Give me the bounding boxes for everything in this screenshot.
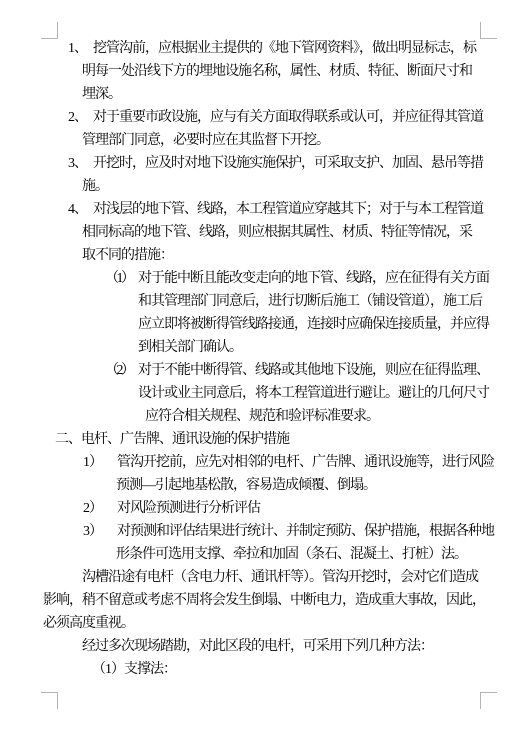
line-text: 对风险预测进行分析评估 [117,501,260,516]
doc-line-numbered: 1、挖管沟前，应根据业主提供的《地下管网资料》，做出明显标志，标 [0,37,525,60]
list-number: 2） [83,497,117,520]
line-text: 应立即将被断得管线路接通，连接时应确保连接质量，并应得 [138,317,489,332]
list-number: 2、 [68,106,93,129]
line-text: 对预测和评估结果进行统计、并制定预防、保护措施，根据各种地 [117,524,494,539]
line-text: 必须高度重视。 [43,616,134,631]
doc-line: 预测—引起地基松散，容易造成倾覆、倒塌。 [0,474,525,497]
crop-mark-bottom-right-icon [480,692,497,709]
doc-line: 明每一处沿线下方的埋地设施名称，属性、材质、特征、断面尺寸和 [0,60,525,83]
line-text: 对浅层的地下管、线路，本工程管道应穿越其下；对于与本工程管道 [93,202,483,217]
line-text: 取不同的措施： [82,248,173,263]
line-text: 应符合相关规程、规范和验评标准要求。 [145,409,379,424]
line-text: 预测—引起地基松散，容易造成倾覆、倒塌。 [116,478,376,493]
line-text: 到相关部门确认。 [138,340,242,355]
line-text: 相同标高的地下管、线路，则应根据其属性、材质、特征等情况，采 [82,225,472,240]
line-text: 对于不能中断得管、线路或其他地下设施，则应在征得监理、 [138,363,489,378]
line-text: 对于重要市政设施，应与有关方面取得联系或认可，并应征得其管道 [93,110,483,125]
doc-line: 取不同的措施： [0,244,525,267]
doc-line: 应立即将被断得管线路接通，连接时应确保连接质量，并应得 [0,313,525,336]
doc-line: 形条件可选用支撑、牵拉和加固（条石、混凝土、打桩）法。 [0,543,525,566]
line-text: 施。 [82,179,108,194]
doc-line: 到相关部门确认。 [0,336,525,359]
line-text: 经过多次现场踏勘，对此区段的电杆，可采用下列几种方法： [82,639,433,654]
line-text: 影响，稍不留意或考虑不周将会发生倒塌、中断电力，造成重大事故，因此， [43,593,485,608]
doc-line: 管理部门同意，必要时应在其监督下开挖。 [0,129,525,152]
list-number: 3、 [68,152,93,175]
doc-line-numbered: 2、对于重要市政设施，应与有关方面取得联系或认可，并应征得其管道 [0,106,525,129]
list-number: 4、 [68,198,93,221]
line-text: 形条件可选用支撑、牵拉和加固（条石、混凝土、打桩）法。 [116,547,467,562]
list-number: （1） [105,267,138,290]
line-text: 对于能中断且能改变走向的地下管、线路，应在征得有关方面 [138,271,489,286]
doc-line-numbered: 3）对预测和评估结果进行统计、并制定预防、保护措施，根据各种地 [0,520,525,543]
doc-line: 沟槽沿途有电杆（含电力杆、通讯杆等）。管沟开挖时，会对它们造成 [0,566,525,589]
doc-line: 二、电杆、广告牌、通讯设施的保护措施 [0,428,525,451]
line-text: 管沟开挖前，应先对相邻的电杆、广告牌、通讯设施等，进行风险 [117,455,494,470]
doc-line: 埋深。 [0,83,525,106]
line-text: 和其管理部门同意后，进行切断后施工（铺设管道），施工后 [138,294,482,309]
line-text: 二、电杆、广告牌、通讯设施的保护措施 [55,432,289,447]
doc-line-numbered: （1）对于能中断且能改变走向的地下管、线路，应在征得有关方面 [0,267,525,290]
line-text: 管理部门同意，必要时应在其监督下开挖。 [82,133,329,148]
line-text: 沟槽沿途有电杆（含电力杆、通讯杆等）。管沟开挖时，会对它们造成 [82,570,478,585]
list-number: 3） [83,520,117,543]
doc-line-numbered: （2）对于不能中断得管、线路或其他地下设施，则应在征得监理、 [0,359,525,382]
doc-line-numbered: 1）管沟开挖前，应先对相邻的电杆、广告牌、通讯设施等，进行风险 [0,451,525,474]
line-text: 明每一处沿线下方的埋地设施名称，属性、材质、特征、断面尺寸和 [82,64,472,79]
doc-line-numbered: 2）对风险预测进行分析评估 [0,497,525,520]
document-page: 1、挖管沟前，应根据业主提供的《地下管网资料》，做出明显标志，标明每一处沿线下方… [0,0,525,734]
crop-mark-bottom-left-icon [41,692,58,709]
document-body: 1、挖管沟前，应根据业主提供的《地下管网资料》，做出明显标志，标明每一处沿线下方… [0,37,525,681]
doc-line: 应符合相关规程、规范和验评标准要求。 [0,405,525,428]
doc-line: 必须高度重视。 [0,612,525,635]
doc-line: 相同标高的地下管、线路，则应根据其属性、材质、特征等情况，采 [0,221,525,244]
doc-line: 和其管理部门同意后，进行切断后施工（铺设管道），施工后 [0,290,525,313]
doc-line: 施。 [0,175,525,198]
doc-line-numbered: 3、开挖时，应及时对地下设施实施保护，可采取支护、加固、悬吊等措 [0,152,525,175]
doc-line: 影响，稍不留意或考虑不周将会发生倒塌、中断电力，造成重大事故，因此， [0,589,525,612]
doc-line-numbered: 4、对浅层的地下管、线路，本工程管道应穿越其下；对于与本工程管道 [0,198,525,221]
doc-line: 经过多次现场踏勘，对此区段的电杆，可采用下列几种方法： [0,635,525,658]
line-text: 设计或业主同意后，将本工程管道进行避让。避让的几何尺寸 [138,386,489,401]
line-text: （1）支撑法： [92,662,176,677]
line-text: 挖管沟前，应根据业主提供的《地下管网资料》，做出明显标志，标 [93,41,476,56]
list-number: （2） [105,359,138,382]
line-text: 埋深。 [82,87,121,102]
doc-line: （1）支撑法： [0,658,525,681]
line-text: 开挖时，应及时对地下设施实施保护，可采取支护、加固、悬吊等措 [93,156,483,171]
doc-line: 设计或业主同意后，将本工程管道进行避让。避让的几何尺寸 [0,382,525,405]
list-number: 1、 [68,37,93,60]
list-number: 1） [83,451,117,474]
